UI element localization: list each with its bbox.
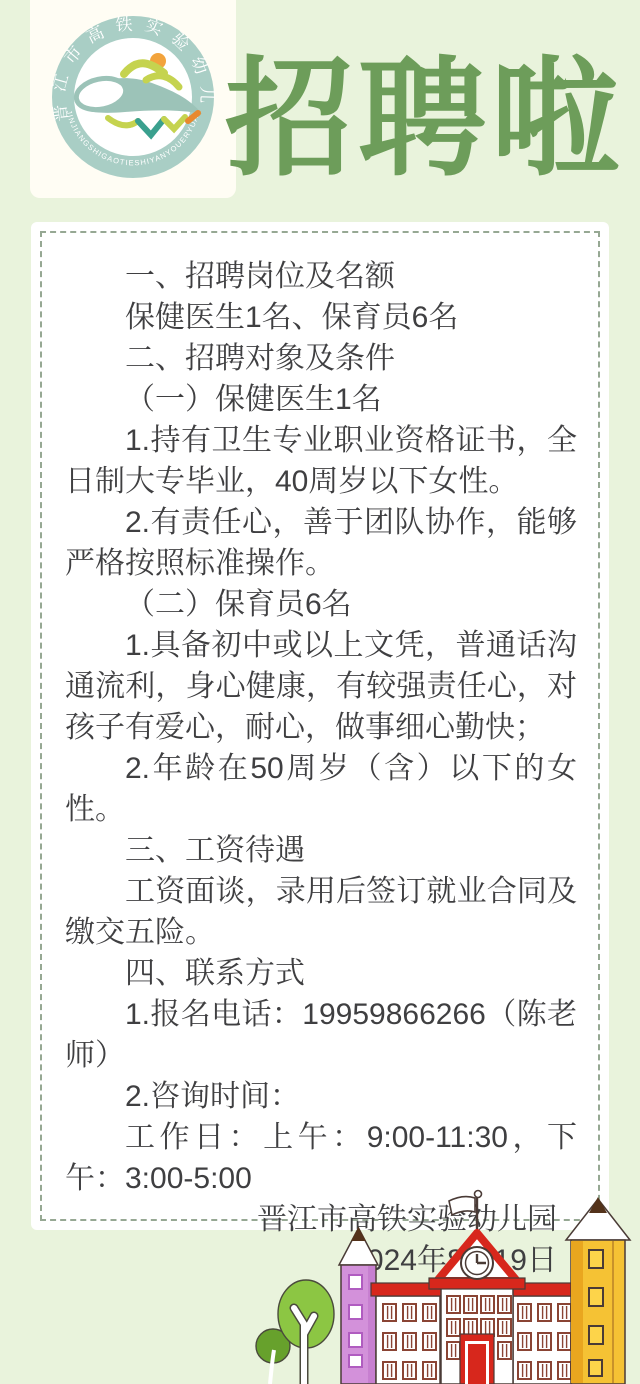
notice-paragraph: 1.具备初中或以上文凭，普通话沟通流利，身心健康，有较强责任心，对孩子有爱心，耐… xyxy=(65,625,577,748)
notice-paragraph: 二、招聘对象及条件 xyxy=(65,338,577,379)
yellow-pencil-building xyxy=(566,1197,630,1384)
notice-paragraph: （二）保育员6名 xyxy=(65,584,577,625)
kindergarten-logo-card: 晋江市高铁实验幼儿园 JINJIANGSHIGAOTIESHIYANYOUERY… xyxy=(30,0,236,198)
notice-paragraph: 2.有责任心，善于团队协作，能够严格按照标准操作。 xyxy=(65,502,577,584)
notice-paragraph: 四、联系方式 xyxy=(65,953,577,994)
left-wing-building xyxy=(371,1283,444,1384)
entrance-door xyxy=(460,1334,494,1384)
purple-pencil-building xyxy=(339,1227,378,1384)
left-wing-windows xyxy=(383,1304,436,1379)
notice-card: 一、招聘岗位及名额 保健医生1名、保育员6名 二、招聘对象及条件 （一）保健医生… xyxy=(31,222,609,1230)
notice-paragraph: 三、工资待遇 xyxy=(65,830,577,871)
notice-paragraph: 工资面谈，录用后签订就业合同及缴交五险。 xyxy=(65,871,577,953)
school-logo: 晋江市高铁实验幼儿园 JINJIANGSHIGAOTIESHIYANYOUERY… xyxy=(30,0,236,198)
central-tower-building xyxy=(429,1191,525,1384)
notice-paragraph: 2.咨询时间： xyxy=(65,1076,577,1117)
notice-paragraph: 2.年龄在50周岁（含）以下的女性。 xyxy=(65,748,577,830)
notice-paragraph-phone: 1.报名电话：19959866266（陈老师） xyxy=(65,994,577,1076)
tree-icon xyxy=(278,1280,334,1384)
notice-body: 一、招聘岗位及名额 保健医生1名、保育员6名 二、招聘对象及条件 （一）保健医生… xyxy=(65,256,577,1281)
notice-paragraph: 保健医生1名、保育员6名 xyxy=(65,297,577,338)
notice-paragraph: 一、招聘岗位及名额 xyxy=(65,256,577,297)
notice-paragraph: 1.持有卫生专业职业资格证书，全日制大专毕业，40周岁以下女性。 xyxy=(65,420,577,502)
notice-paragraph: （一）保健医生1名 xyxy=(65,379,577,420)
poster-title: 招聘啦 xyxy=(225,50,635,200)
right-wing-windows xyxy=(518,1304,571,1379)
clock-icon xyxy=(461,1247,493,1279)
recruitment-poster: 晋江市高铁实验幼儿园 JINJIANGSHIGAOTIESHIYANYOUERY… xyxy=(0,0,640,1384)
school-buildings-illustration xyxy=(0,1184,640,1384)
